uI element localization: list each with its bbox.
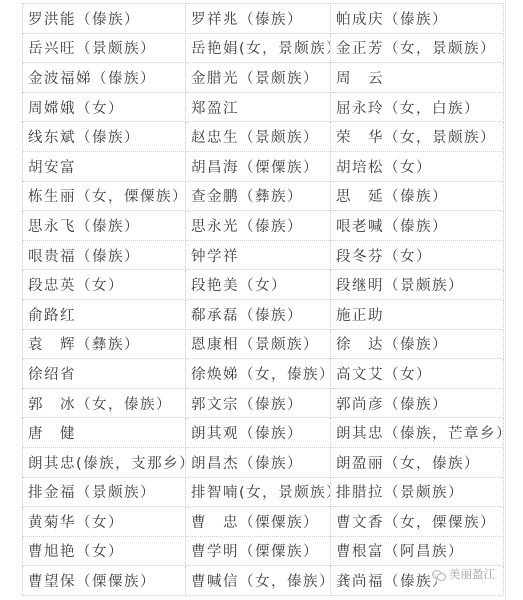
table-cell: 线东斌（傣族）: [23, 122, 186, 152]
table-row: 郭 冰（女，傣族）郭文宗（傣族）郭尚彦（傣族）: [23, 388, 504, 418]
table-cell: 恩康相（景颇族）: [186, 329, 331, 359]
table-cell: 曹学明（傈僳族）: [186, 536, 331, 566]
table-cell: 段忠英（女）: [23, 270, 186, 300]
table-cell: 排智喃(女，景颇族）: [186, 477, 331, 507]
table-cell: 思 延（傣族）: [331, 181, 504, 211]
table-cell: 帕成庆（傣族）: [331, 4, 504, 34]
table-cell: 曹文香（女，傈僳族）: [331, 507, 504, 537]
table-cell: 赵忠生（景颇族）: [186, 122, 331, 152]
wechat-icon: [432, 569, 446, 580]
watermark-text: 美丽盈江: [449, 566, 495, 582]
table-cell: 郗承磊（傣族）: [186, 299, 331, 329]
table-cell: 周 云: [331, 63, 504, 93]
table-cell: 高文艾（女）: [331, 359, 504, 389]
table-cell: 钟学祥: [186, 240, 331, 270]
table-cell: 思永光（傣族）: [186, 211, 331, 241]
table-cell: 周嫦娥（女）: [23, 92, 186, 122]
table-row: 栋生丽（女，傈僳族）查金鹏（彝族）思 延（傣族）: [23, 181, 504, 211]
document-page: 罗洪能（傣族）罗祥兆（傣族）帕成庆（傣族）岳兴旺（景颇族）岳艳娟(女，景颇族）金…: [0, 0, 523, 600]
table-cell: 金正芳（女，景颇族）: [331, 33, 504, 63]
table-cell: 郭 冰（女，傣族）: [23, 388, 186, 418]
table-cell: 金波福娣（傣族）: [23, 63, 186, 93]
table-cell: 黄菊华（女）: [23, 507, 186, 537]
table-cell: 曹旭艳（女）: [23, 536, 186, 566]
table-cell: 金腊光（景颇族）: [186, 63, 331, 93]
table-row: 罗洪能（傣族）罗祥兆（傣族）帕成庆（傣族）: [23, 4, 504, 34]
table-cell: 徐 达（傣族）: [331, 329, 504, 359]
table-cell: 查金鹏（彝族）: [186, 181, 331, 211]
table-cell: 曹喊信（女，傣族）: [186, 566, 331, 596]
table-row: 哏贵福（傣族）钟学祥段冬芬（女）: [23, 240, 504, 270]
table-cell: 栋生丽（女，傈僳族）: [23, 181, 186, 211]
table-row: 段忠英（女）段艳美（女）段继明（景颇族）: [23, 270, 504, 300]
table-row: 金波福娣（傣族）金腊光（景颇族）周 云: [23, 63, 504, 93]
table-cell: 哏贵福（傣族）: [23, 240, 186, 270]
table-cell: 曹 忠（傈僳族）: [186, 507, 331, 537]
table-row: 胡安富胡昌海（傈僳族）胡培松（女）: [23, 151, 504, 181]
table-row: 俞路红郗承磊（傣族）施正助: [23, 299, 504, 329]
table-row: 思永飞（傣族）思永光（傣族）哏老喊（傣族）: [23, 211, 504, 241]
table-cell: 徐焕娣（女，傣族）: [186, 359, 331, 389]
table-cell: 朗其观（傣族）: [186, 418, 331, 448]
table-cell: 朗其忠(傣族，支那乡）: [23, 447, 186, 477]
page-margin: [505, 0, 523, 600]
table-row: 袁 辉（彝族）恩康相（景颇族）徐 达（傣族）: [23, 329, 504, 359]
table-cell: 荣 华（女，景颇族）: [331, 122, 504, 152]
table-cell: 胡昌海（傈僳族）: [186, 151, 331, 181]
table-cell: 思永飞（傣族）: [23, 211, 186, 241]
table-cell: 排腊拉（景颇族）: [331, 477, 504, 507]
table-cell: 施正助: [331, 299, 504, 329]
names-table: 罗洪能（傣族）罗祥兆（傣族）帕成庆（傣族）岳兴旺（景颇族）岳艳娟(女，景颇族）金…: [22, 3, 504, 596]
table-cell: 袁 辉（彝族）: [23, 329, 186, 359]
table-cell: 曹根富（阿昌族）: [331, 536, 504, 566]
table-cell: 徐绍省: [23, 359, 186, 389]
table-row: 曹旭艳（女）曹学明（傈僳族）曹根富（阿昌族）: [23, 536, 504, 566]
table-cell: 岳艳娟(女，景颇族）: [186, 33, 331, 63]
table-row: 岳兴旺（景颇族）岳艳娟(女，景颇族）金正芳（女，景颇族）: [23, 33, 504, 63]
table-cell: 朗盈丽（女，傣族）: [331, 447, 504, 477]
table-cell: 郭文宗（傣族）: [186, 388, 331, 418]
table-cell: 罗洪能（傣族）: [23, 4, 186, 34]
table-cell: 岳兴旺（景颇族）: [23, 33, 186, 63]
table-row: 徐绍省徐焕娣（女，傣族）高文艾（女）: [23, 359, 504, 389]
table-cell: 段艳美（女）: [186, 270, 331, 300]
table-cell: 罗祥兆（傣族）: [186, 4, 331, 34]
watermark: 美丽盈江: [432, 566, 495, 582]
table-cell: 曹望保（傈僳族）: [23, 566, 186, 596]
table-cell: 朗其忠（傣族，芒章乡）: [331, 418, 504, 448]
table-cell: 唐 健: [23, 418, 186, 448]
table-cell: 胡安富: [23, 151, 186, 181]
table-cell: 朗昌杰（傣族）: [186, 447, 331, 477]
table-cell: 郑盈江: [186, 92, 331, 122]
table-cell: 段冬芬（女）: [331, 240, 504, 270]
table-cell: 胡培松（女）: [331, 151, 504, 181]
table-row: 周嫦娥（女）郑盈江屈永玲（女，白族）: [23, 92, 504, 122]
table-row: 唐 健朗其观（傣族）朗其忠（傣族，芒章乡）: [23, 418, 504, 448]
table-row: 线东斌（傣族）赵忠生（景颇族）荣 华（女，景颇族）: [23, 122, 504, 152]
table-cell: 郭尚彦（傣族）: [331, 388, 504, 418]
table-cell: 俞路红: [23, 299, 186, 329]
table-cell: 排金福（景颇族）: [23, 477, 186, 507]
table-row: 排金福（景颇族）排智喃(女，景颇族）排腊拉（景颇族）: [23, 477, 504, 507]
table-row: 朗其忠(傣族，支那乡）朗昌杰（傣族）朗盈丽（女，傣族）: [23, 447, 504, 477]
table-row: 黄菊华（女）曹 忠（傈僳族）曹文香（女，傈僳族）: [23, 507, 504, 537]
table-cell: 哏老喊（傣族）: [331, 211, 504, 241]
table-cell: 屈永玲（女，白族）: [331, 92, 504, 122]
table-cell: 段继明（景颇族）: [331, 270, 504, 300]
